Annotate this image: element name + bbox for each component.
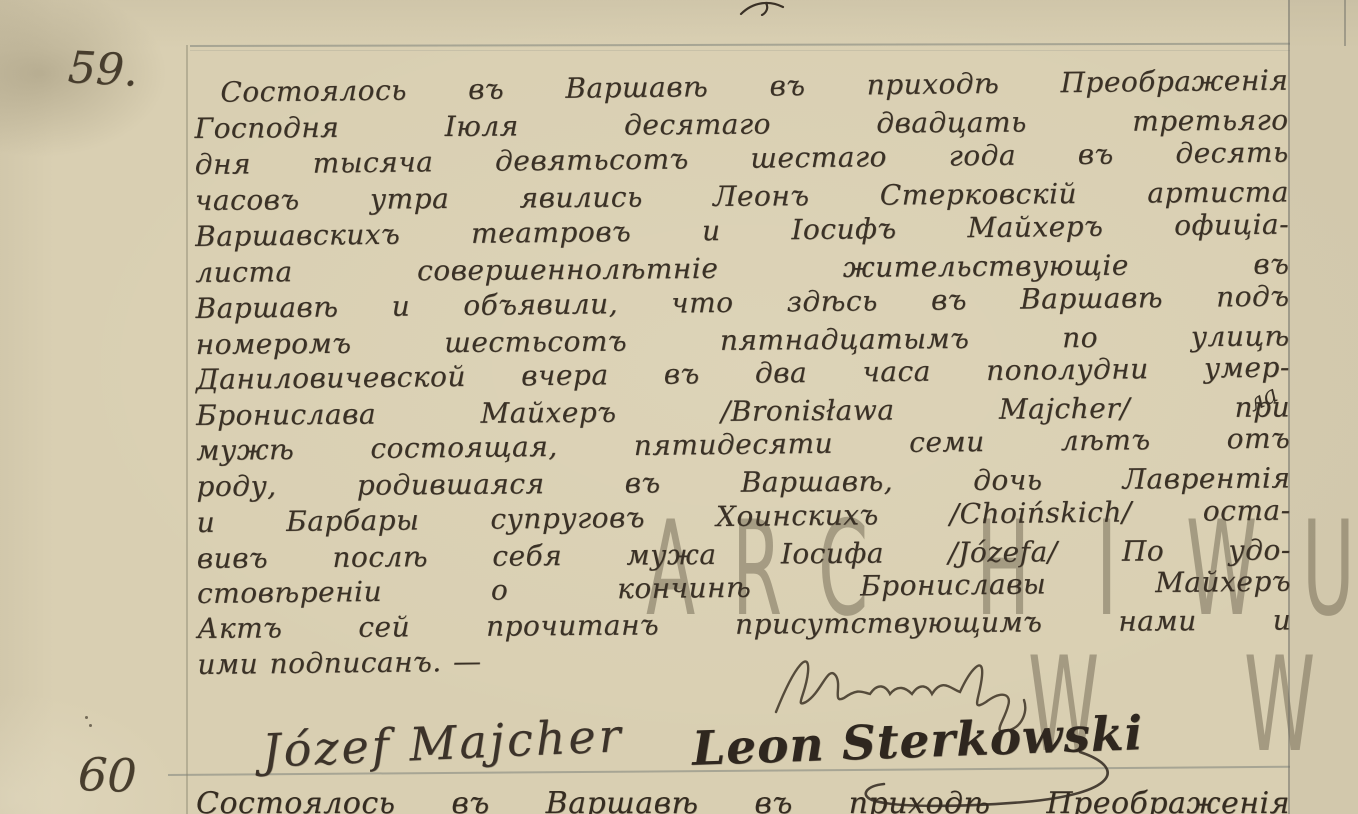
ink-speck	[85, 716, 88, 719]
next-record-first-line: Состоялось въ Варшавѣ въ приходѣ Преобра…	[196, 786, 1290, 814]
record-line: Состоялось въ Варшавѣ въ приходѣ Преобра…	[194, 64, 1288, 110]
document-scan-page: A R C H I W U W W 59. 60 Состоялось въ В…	[0, 0, 1358, 814]
ink-speck	[89, 724, 92, 727]
record-body-text: Состоялось въ Варшавѣ въ приходѣ Преобра…	[0, 0, 1358, 814]
